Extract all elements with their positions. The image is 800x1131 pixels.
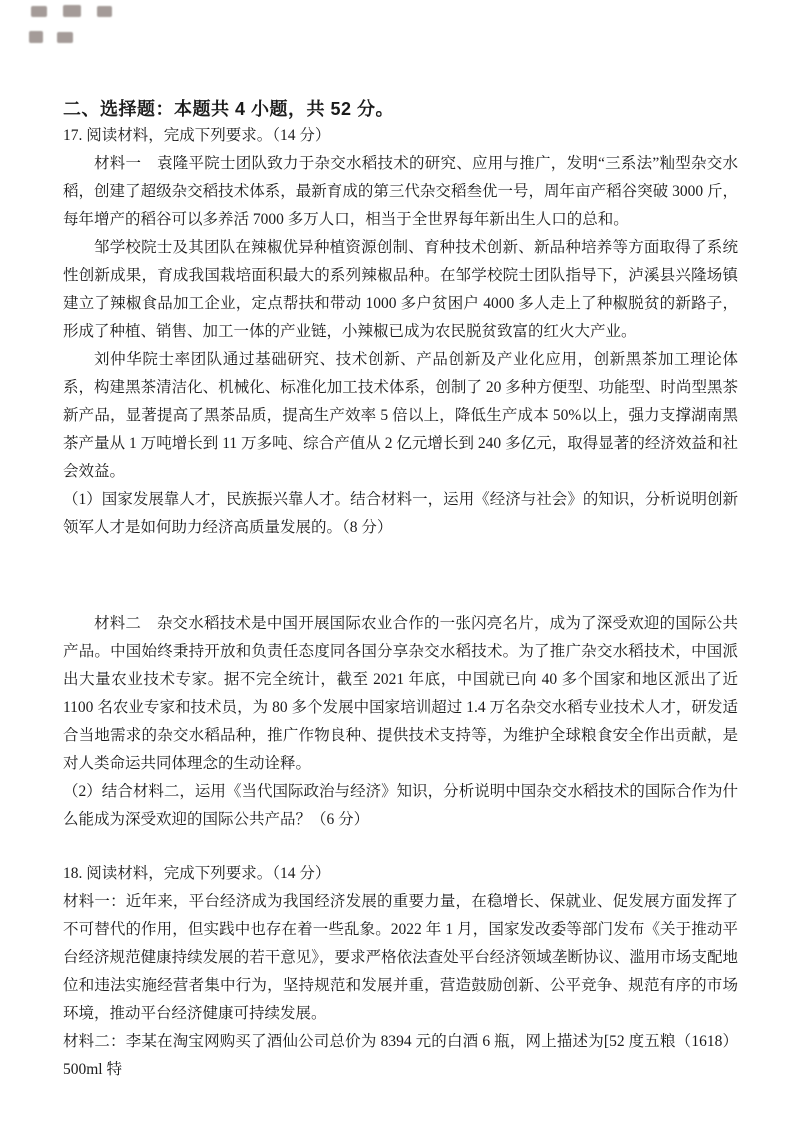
answer-space <box>63 834 738 860</box>
q17-material1-paragraph-1: 材料一 袁隆平院士团队致力于杂交水稻技术的研究、应用与推广，发明“三系法”籼型杂… <box>63 150 738 234</box>
q17-question-1: （1）国家发展靠人才，民族振兴靠人才。结合材料一，运用《经济与社会》的知识，分析… <box>63 486 738 542</box>
q17-material2-paragraph: 材料二 杂交水稻技术是中国开展国际农业合作的一张闪亮名片，成为了深受欢迎的国际公… <box>63 610 738 778</box>
answer-space <box>63 542 738 610</box>
document-page: 二、选择题：本题共 4 小题，共 52 分。 17. 阅读材料，完成下列要求。（… <box>0 0 800 1131</box>
q18-material1-paragraph: 材料一：近年来，平台经济成为我国经济发展的重要力量，在稳增长、保就业、促发展方面… <box>63 888 738 1028</box>
q18-stem: 18. 阅读材料，完成下列要求。（14 分） <box>63 860 738 888</box>
q17-question-2: （2）结合材料二，运用《当代国际政治与经济》知识，分析说明中国杂交水稻技术的国际… <box>63 778 738 834</box>
q18-material2-paragraph: 材料二：李某在淘宝网购买了酒仙公司总价为 8394 元的白酒 6 瓶，网上描述为… <box>63 1028 738 1084</box>
section-header: 二、选择题：本题共 4 小题，共 52 分。 <box>63 97 738 122</box>
q17-material1-paragraph-2: 邹学校院士及其团队在辣椒优异种植资源创制、育种技术创新、新品种培养等方面取得了系… <box>63 234 738 346</box>
q17-stem: 17. 阅读材料，完成下列要求。（14 分） <box>63 122 738 150</box>
q17-material1-paragraph-3: 刘仲华院士率团队通过基础研究、技术创新、产品创新及产业化应用，创新黑茶加工理论体… <box>63 346 738 486</box>
corner-mark-artifact <box>29 4 133 48</box>
